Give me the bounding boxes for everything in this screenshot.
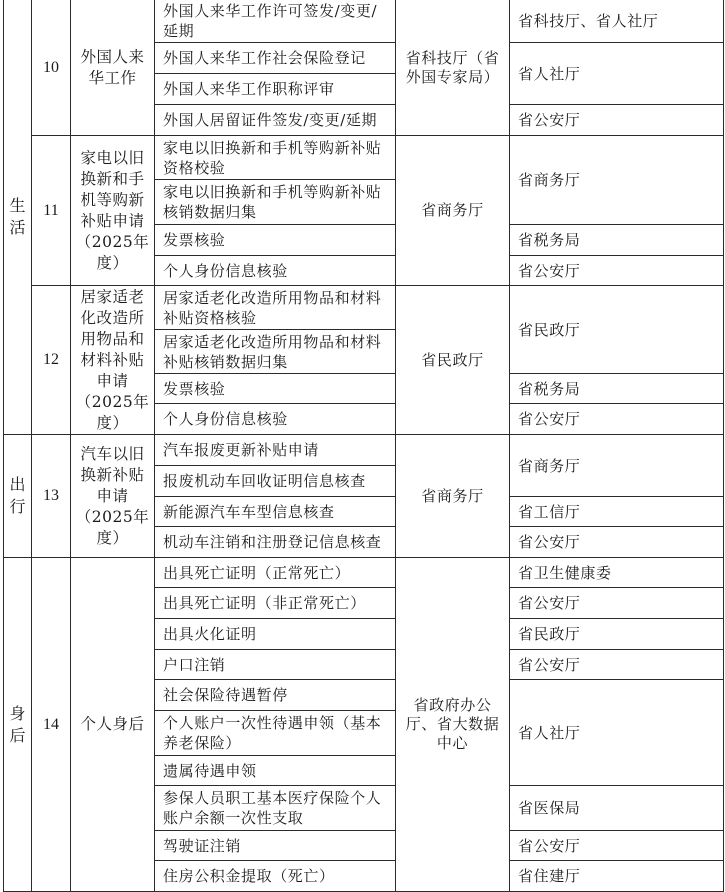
service-item: 外国人来华工作职称评审: [155, 74, 396, 105]
table-row: 12居家适老化改造所用物品和材料补贴申请（2025年度）居家适老化改造所用物品和…: [4, 286, 724, 330]
service-item: 个人账户一次性待遇申领（基本养老保险）: [155, 711, 396, 756]
service-item: 发票核验: [155, 225, 396, 256]
cooperating-department: 省住建厅: [510, 861, 724, 892]
category-cell: 出行: [4, 435, 32, 558]
project-name: 个人身后: [71, 558, 155, 892]
cooperating-department: 省人社厅: [510, 43, 724, 105]
lead-department: 省政府办公厅、省大数据中心: [396, 558, 510, 892]
service-item: 遗属待遇申领: [155, 756, 396, 786]
cooperating-department: 省人社厅: [510, 680, 724, 786]
cooperating-department: 省卫生健康委: [510, 558, 724, 588]
service-item: 家电以旧换新和手机等购新补贴核销数据归集: [155, 180, 396, 225]
project-name: 家电以旧换新和手机等购新补贴申请（2025年度）: [71, 136, 155, 286]
service-table: 生活10外国人来华工作外国人来华工作许可签发/变更/延期省科技厅（省外国专家局）…: [3, 0, 724, 892]
category-cell: 身后: [4, 558, 32, 892]
item-number: 11: [32, 136, 71, 286]
service-item: 社会保险待遇暂停: [155, 680, 396, 711]
service-item: 汽车报废更新补贴申请: [155, 435, 396, 466]
service-item: 外国人居留证件签发/变更/延期: [155, 105, 396, 136]
table-row: 身后14个人身后出具死亡证明（正常死亡）省政府办公厅、省大数据中心省卫生健康委: [4, 558, 724, 588]
service-item: 驾驶证注销: [155, 831, 396, 861]
service-item: 出具死亡证明（非正常死亡）: [155, 588, 396, 619]
cooperating-department: 省税务局: [510, 225, 724, 256]
lead-department: 省商务厅: [396, 435, 510, 558]
service-item: 外国人来华工作许可签发/变更/延期: [155, 0, 396, 43]
cooperating-department: 省公安厅: [510, 105, 724, 136]
category-cell: 生活: [4, 0, 32, 435]
service-item: 新能源汽车车型信息核查: [155, 497, 396, 527]
table-row: 11家电以旧换新和手机等购新补贴申请（2025年度）家电以旧换新和手机等购新补贴…: [4, 136, 724, 180]
cooperating-department: 省公安厅: [510, 404, 724, 435]
table-row: 生活10外国人来华工作外国人来华工作许可签发/变更/延期省科技厅（省外国专家局）…: [4, 0, 724, 43]
item-number: 10: [32, 0, 71, 136]
item-number: 13: [32, 435, 71, 558]
cooperating-department: 省公安厅: [510, 588, 724, 619]
lead-department: 省商务厅: [396, 136, 510, 286]
cooperating-department: 省公安厅: [510, 527, 724, 558]
service-item: 个人身份信息核验: [155, 404, 396, 435]
item-number: 12: [32, 286, 71, 435]
service-item: 居家适老化改造所用物品和材料补贴核销数据归集: [155, 330, 396, 374]
service-item: 机动车注销和注册登记信息核查: [155, 527, 396, 558]
cooperating-department: 省工信厅: [510, 497, 724, 527]
service-item: 外国人来华工作社会保险登记: [155, 43, 396, 74]
cooperating-department: 省商务厅: [510, 136, 724, 225]
service-item: 报废机动车回收证明信息核查: [155, 466, 396, 497]
service-table-body: 生活10外国人来华工作外国人来华工作许可签发/变更/延期省科技厅（省外国专家局）…: [4, 0, 724, 892]
service-item: 发票核验: [155, 374, 396, 404]
service-item: 出具火化证明: [155, 619, 396, 650]
cooperating-department: 省民政厅: [510, 286, 724, 374]
project-name: 居家适老化改造所用物品和材料补贴申请（2025年度）: [71, 286, 155, 435]
cooperating-department: 省公安厅: [510, 256, 724, 286]
service-item: 参保人员职工基本医疗保险个人账户余额一次性支取: [155, 786, 396, 831]
lead-department: 省民政厅: [396, 286, 510, 435]
cooperating-department: 省商务厅: [510, 435, 724, 497]
service-item: 个人身份信息核验: [155, 256, 396, 286]
cooperating-department: 省公安厅: [510, 650, 724, 680]
service-item: 家电以旧换新和手机等购新补贴资格校验: [155, 136, 396, 180]
lead-department: 省科技厅（省外国专家局）: [396, 0, 510, 136]
service-item: 户口注销: [155, 650, 396, 680]
service-item: 住房公积金提取（死亡）: [155, 861, 396, 892]
service-item: 出具死亡证明（正常死亡）: [155, 558, 396, 588]
cooperating-department: 省民政厅: [510, 619, 724, 650]
cooperating-department: 省公安厅: [510, 831, 724, 861]
service-item: 居家适老化改造所用物品和材料补贴资格核验: [155, 286, 396, 330]
cooperating-department: 省科技厅、省人社厅: [510, 0, 724, 43]
cooperating-department: 省税务局: [510, 374, 724, 404]
project-name: 汽车以旧换新补贴申请（2025年度）: [71, 435, 155, 558]
item-number: 14: [32, 558, 71, 892]
project-name: 外国人来华工作: [71, 0, 155, 136]
table-row: 出行13汽车以旧换新补贴申请（2025年度）汽车报废更新补贴申请省商务厅省商务厅: [4, 435, 724, 466]
cooperating-department: 省医保局: [510, 786, 724, 831]
